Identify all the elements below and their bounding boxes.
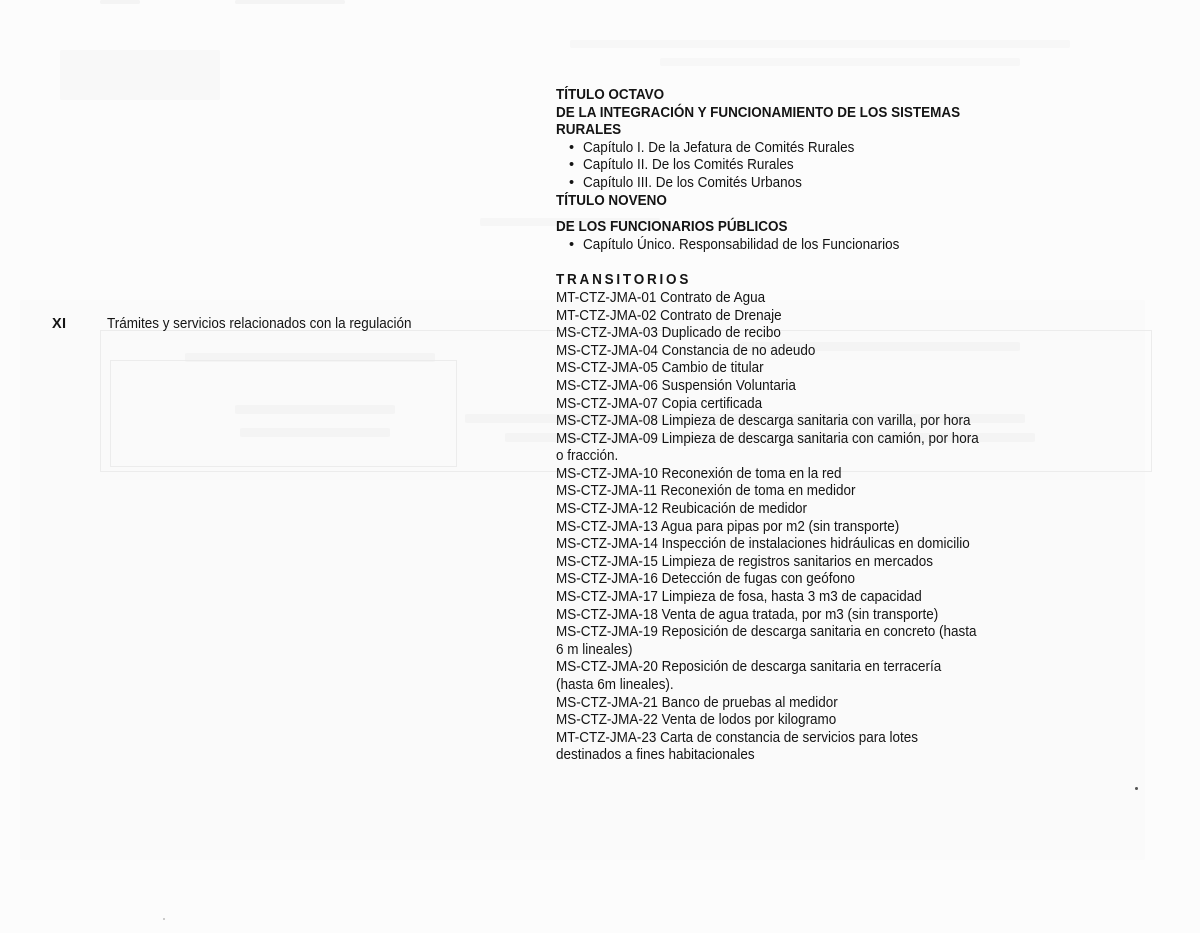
service-line: MS-CTZ-JMA-06 Suspensión Voluntaria xyxy=(556,378,1114,396)
ghost-mark xyxy=(60,50,220,100)
service-line: MS-CTZ-JMA-18 Venta de agua tratada, por… xyxy=(556,607,1114,625)
chapter-item: Capítulo I. De la Jefatura de Comités Ru… xyxy=(556,140,1156,158)
service-line: MS-CTZ-JMA-07 Copia certificada xyxy=(556,396,1114,414)
service-item: MS-CTZ-JMA-05 Cambio de titular xyxy=(556,360,1156,378)
titulo-octavo-heading: TÍTULO OCTAVO xyxy=(556,87,1114,105)
service-item: MS-CTZ-JMA-06 Suspensión Voluntaria xyxy=(556,378,1156,396)
service-item: MS-CTZ-JMA-08 Limpieza de descarga sanit… xyxy=(556,413,1156,431)
service-line: MS-CTZ-JMA-13 Agua para pipas por m2 (si… xyxy=(556,519,1114,537)
service-item: MS-CTZ-JMA-12 Reubicación de medidor xyxy=(556,501,1156,519)
service-line: MS-CTZ-JMA-12 Reubicación de medidor xyxy=(556,501,1114,519)
service-line: MS-CTZ-JMA-09 Limpieza de descarga sanit… xyxy=(556,431,1114,449)
service-item: MS-CTZ-JMA-21 Banco de pruebas al medido… xyxy=(556,695,1156,713)
transitorios-section: TRANSITORIOS MT-CTZ-JMA-01 Contrato de A… xyxy=(556,272,1156,765)
service-line: MT-CTZ-JMA-23 Carta de constancia de ser… xyxy=(556,730,1114,748)
service-line-continuation: (hasta 6m lineales). xyxy=(556,677,1114,695)
chapter-label: Capítulo Único. Responsabilidad de los F… xyxy=(583,237,899,255)
service-item: MS-CTZ-JMA-16 Detección de fugas con geó… xyxy=(556,571,1156,589)
service-item: MS-CTZ-JMA-22 Venta de lodos por kilogra… xyxy=(556,712,1156,730)
service-line-continuation: o fracción. xyxy=(556,448,1114,466)
scan-speck xyxy=(1135,787,1138,790)
service-item: MS-CTZ-JMA-04 Constancia de no adeudo xyxy=(556,343,1156,361)
spacer xyxy=(556,210,1156,219)
service-item: MT-CTZ-JMA-02 Contrato de Drenaje xyxy=(556,308,1156,326)
titulo-octavo-subheading-cont: RURALES xyxy=(556,122,1114,140)
titulo-octavo-subheading: DE LA INTEGRACIÓN Y FUNCIONAMIENTO DE LO… xyxy=(556,105,1114,123)
service-line: MS-CTZ-JMA-17 Limpieza de fosa, hasta 3 … xyxy=(556,589,1114,607)
service-item: MS-CTZ-JMA-20 Reposición de descarga san… xyxy=(556,659,1156,694)
titulo-octavo-chapter-list: Capítulo I. De la Jefatura de Comités Ru… xyxy=(556,140,1156,193)
transitorios-heading: TRANSITORIOS xyxy=(556,272,1114,290)
ghost-mark xyxy=(100,0,140,4)
titulo-noveno-section: TÍTULO NOVENO DE LOS FUNCIONARIOS PÚBLIC… xyxy=(556,193,1156,255)
scan-speck xyxy=(163,918,165,920)
service-item: MS-CTZ-JMA-09 Limpieza de descarga sanit… xyxy=(556,431,1156,466)
service-line: MS-CTZ-JMA-16 Detección de fugas con geó… xyxy=(556,571,1114,589)
service-item: MS-CTZ-JMA-10 Reconexión de toma en la r… xyxy=(556,466,1156,484)
titulo-octavo-section: TÍTULO OCTAVO DE LA INTEGRACIÓN Y FUNCIO… xyxy=(556,87,1156,193)
titulo-noveno-chapter-list: Capítulo Único. Responsabilidad de los F… xyxy=(556,237,1156,255)
service-item: MS-CTZ-JMA-13 Agua para pipas por m2 (si… xyxy=(556,519,1156,537)
spacer xyxy=(556,254,1156,272)
titulo-noveno-heading: TÍTULO NOVENO xyxy=(556,193,1114,211)
service-line: MS-CTZ-JMA-03 Duplicado de recibo xyxy=(556,325,1114,343)
service-item: MS-CTZ-JMA-18 Venta de agua tratada, por… xyxy=(556,607,1156,625)
service-item: MS-CTZ-JMA-11 Reconexión de toma en medi… xyxy=(556,483,1156,501)
service-line: MS-CTZ-JMA-11 Reconexión de toma en medi… xyxy=(556,483,1114,501)
ghost-mark xyxy=(235,0,345,4)
chapter-label: Capítulo III. De los Comités Urbanos xyxy=(583,175,802,193)
row-number: XI xyxy=(52,316,66,332)
service-line: MS-CTZ-JMA-04 Constancia de no adeudo xyxy=(556,343,1114,361)
service-item: MS-CTZ-JMA-03 Duplicado de recibo xyxy=(556,325,1156,343)
service-line: MS-CTZ-JMA-21 Banco de pruebas al medido… xyxy=(556,695,1114,713)
service-line: MT-CTZ-JMA-02 Contrato de Drenaje xyxy=(556,308,1114,326)
chapter-label: Capítulo II. De los Comités Rurales xyxy=(583,157,794,175)
chapter-item: Capítulo Único. Responsabilidad de los F… xyxy=(556,237,1156,255)
service-line: MS-CTZ-JMA-10 Reconexión de toma en la r… xyxy=(556,466,1114,484)
service-line: MS-CTZ-JMA-08 Limpieza de descarga sanit… xyxy=(556,413,1114,431)
service-list: MT-CTZ-JMA-01 Contrato de AguaMT-CTZ-JMA… xyxy=(556,290,1156,765)
service-item: MS-CTZ-JMA-15 Limpieza de registros sani… xyxy=(556,554,1156,572)
service-item: MS-CTZ-JMA-19 Reposición de descarga san… xyxy=(556,624,1156,659)
service-line: MS-CTZ-JMA-14 Inspección de instalacione… xyxy=(556,536,1114,554)
service-item: MT-CTZ-JMA-01 Contrato de Agua xyxy=(556,290,1156,308)
service-line: MS-CTZ-JMA-05 Cambio de titular xyxy=(556,360,1114,378)
ghost-mark xyxy=(660,58,1020,66)
service-line: MS-CTZ-JMA-19 Reposición de descarga san… xyxy=(556,624,1114,642)
chapter-label: Capítulo I. De la Jefatura de Comités Ru… xyxy=(583,140,854,158)
service-line: MS-CTZ-JMA-15 Limpieza de registros sani… xyxy=(556,554,1114,572)
chapter-item: Capítulo III. De los Comités Urbanos xyxy=(556,175,1156,193)
service-item: MS-CTZ-JMA-17 Limpieza de fosa, hasta 3 … xyxy=(556,589,1156,607)
service-line: MS-CTZ-JMA-22 Venta de lodos por kilogra… xyxy=(556,712,1114,730)
chapter-item: Capítulo II. De los Comités Rurales xyxy=(556,157,1156,175)
service-item: MS-CTZ-JMA-14 Inspección de instalacione… xyxy=(556,536,1156,554)
row-label: Trámites y servicios relacionados con la… xyxy=(107,316,412,332)
service-line-continuation: 6 m lineales) xyxy=(556,642,1114,660)
service-line: MS-CTZ-JMA-20 Reposición de descarga san… xyxy=(556,659,1114,677)
ghost-mark xyxy=(570,40,1070,48)
titulo-noveno-subheading: DE LOS FUNCIONARIOS PÚBLICOS xyxy=(556,219,1114,237)
service-line-continuation: destinados a fines habitacionales xyxy=(556,747,1114,765)
regulation-content: TÍTULO OCTAVO DE LA INTEGRACIÓN Y FUNCIO… xyxy=(556,87,1156,765)
service-item: MS-CTZ-JMA-07 Copia certificada xyxy=(556,396,1156,414)
service-item: MT-CTZ-JMA-23 Carta de constancia de ser… xyxy=(556,730,1156,765)
service-line: MT-CTZ-JMA-01 Contrato de Agua xyxy=(556,290,1114,308)
